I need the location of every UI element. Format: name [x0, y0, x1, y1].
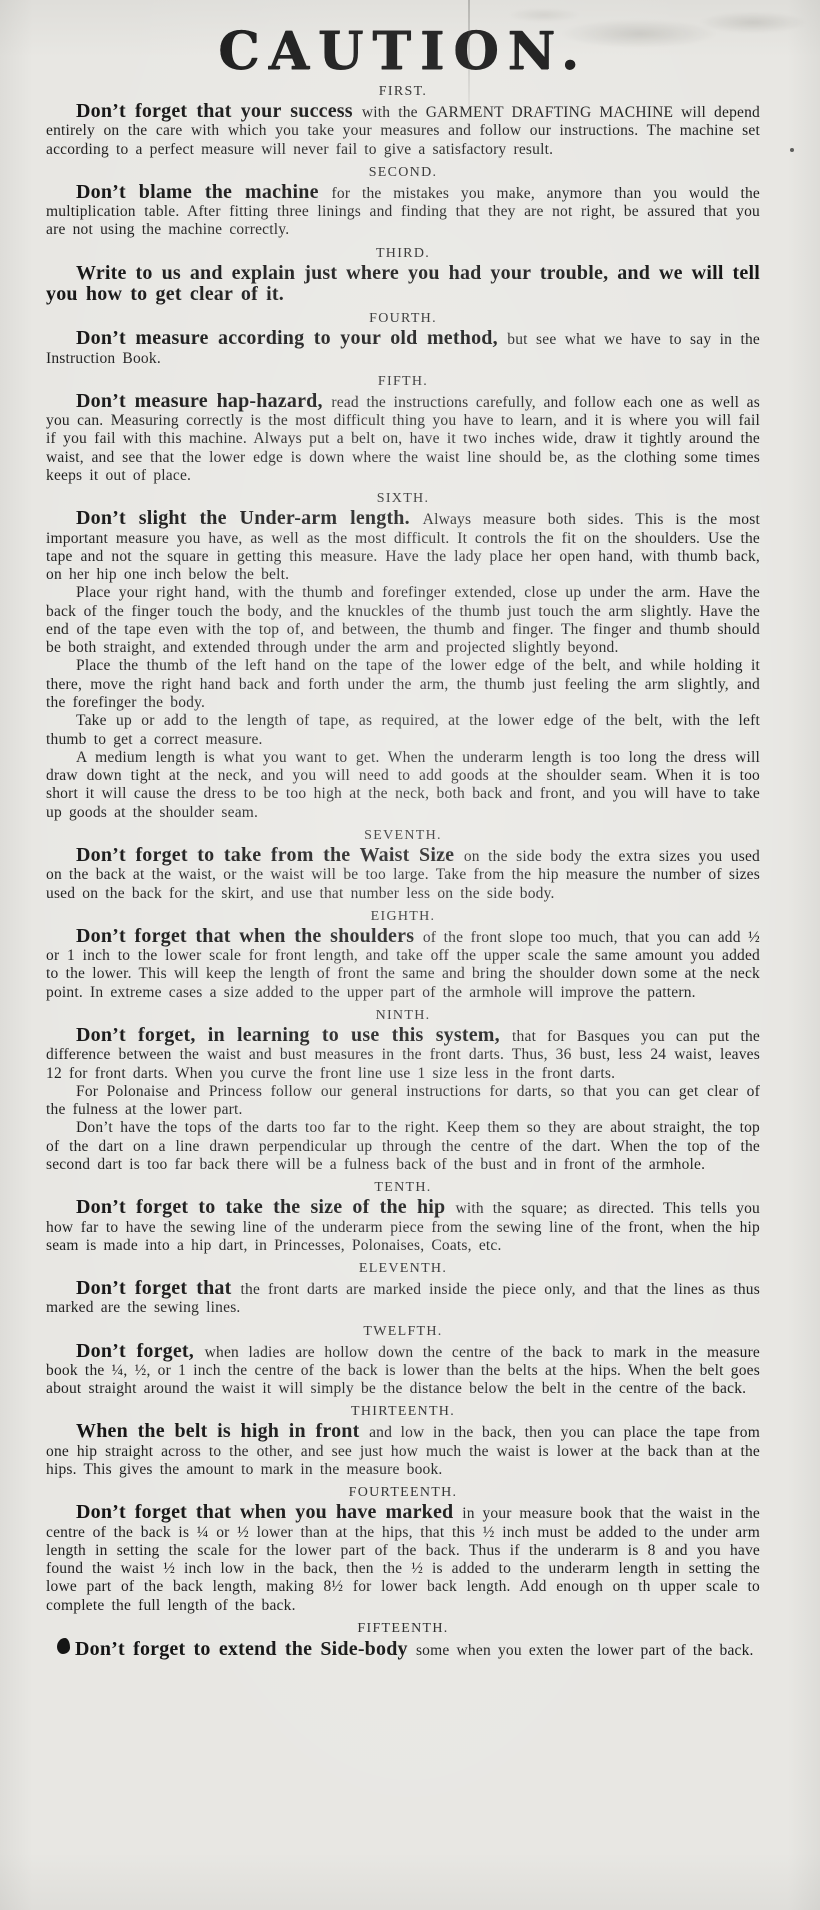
caution-section: THIRTEENTH.When the belt is high in fron… — [46, 1404, 760, 1479]
paragraph: Don’t forget, in learning to use this sy… — [46, 1025, 760, 1083]
paragraph-lead: Don’t slight the Under-arm length. — [76, 507, 423, 529]
paragraph-body: A medium length is what you want to get.… — [46, 749, 760, 821]
section-heading: SECOND. — [46, 165, 760, 181]
paragraph: Don’t slight the Under-arm length. Alway… — [46, 508, 760, 584]
paragraph: For Polonaise and Princess follow our ge… — [46, 1083, 760, 1120]
page-title: CAUTION. — [46, 26, 760, 78]
paragraph: Take up or add to the length of tape, as… — [46, 712, 760, 749]
paragraph-lead: Don’t forget to take the size of the hip — [76, 1196, 455, 1218]
caution-section: TENTH.Don’t forget to take the size of t… — [46, 1180, 760, 1255]
paragraph-lead: Don’t forget that when you have marked — [76, 1501, 462, 1523]
paragraph-body: Take up or add to the length of tape, as… — [46, 712, 760, 747]
caution-section: FOURTH.Don’t measure according to your o… — [46, 311, 760, 368]
section-heading: FOURTH. — [46, 311, 760, 327]
section-heading: ELEVENTH. — [46, 1261, 760, 1277]
ink-speck-artifact — [790, 148, 794, 152]
caution-section: EIGHTH.Don’t forget that when the should… — [46, 909, 760, 1002]
paragraph: Don’t measure according to your old meth… — [46, 328, 760, 368]
paragraph: Don’t blame the machine for the mistakes… — [46, 182, 760, 240]
paragraph: Don’t forget that when you have marked i… — [46, 1502, 760, 1615]
paragraph-body: Place the thumb of the left hand on the … — [46, 657, 760, 711]
paragraph: Don’t forget to take the size of the hip… — [46, 1197, 760, 1255]
section-heading: SEVENTH. — [46, 828, 760, 844]
paragraph-lead: Don’t forget to extend the Side-body — [75, 1638, 416, 1660]
section-heading: SIXTH. — [46, 491, 760, 507]
paragraph: Don’t forget to extend the Side-body som… — [46, 1638, 760, 1660]
section-heading: EIGHTH. — [46, 909, 760, 925]
paragraph: Don’t have the tops of the darts too far… — [46, 1119, 760, 1174]
section-heading: TENTH. — [46, 1180, 760, 1196]
paragraph-body: For Polonaise and Princess follow our ge… — [46, 1083, 760, 1118]
caution-section: FIFTH.Don’t measure hap-hazard, read the… — [46, 374, 760, 485]
paragraph: Place the thumb of the left hand on the … — [46, 657, 760, 712]
caution-section: FOURTEENTH.Don’t forget that when you ha… — [46, 1485, 760, 1615]
paragraph: Don’t measure hap-hazard, read the instr… — [46, 391, 760, 485]
paragraph-lead: Write to us and explain just where you h… — [46, 262, 760, 305]
paragraph: Don’t forget to take from the Waist Size… — [46, 845, 760, 903]
paragraph: Don’t forget that the front darts are ma… — [46, 1278, 760, 1318]
paragraph: Don’t forget, when ladies are hollow dow… — [46, 1341, 760, 1399]
caution-section: SIXTH.Don’t slight the Under-arm length.… — [46, 491, 760, 822]
paragraph-lead: When the belt is high in front — [76, 1420, 369, 1442]
paragraph-lead: Don’t forget to take from the Waist Size — [76, 844, 464, 866]
section-heading: FIFTH. — [46, 374, 760, 390]
paragraph: Don’t forget that when the shoulders of … — [46, 926, 760, 1002]
paragraph: A medium length is what you want to get.… — [46, 749, 760, 822]
caution-section: FIFTEENTH.Don’t forget to extend the Sid… — [46, 1621, 760, 1660]
paragraph: Place your right hand, with the thumb an… — [46, 584, 760, 657]
paragraph: Don’t forget that your success with the … — [46, 101, 760, 159]
paragraph-lead: Don’t forget that when the shoulders — [76, 925, 423, 947]
paragraph-lead: Don’t forget that your success — [76, 100, 362, 122]
section-heading: TWELFTH. — [46, 1324, 760, 1340]
paragraph-lead: Don’t forget, — [76, 1340, 205, 1362]
section-heading: FOURTEENTH. — [46, 1485, 760, 1501]
paragraph-body: Place your right hand, with the thumb an… — [46, 584, 760, 656]
caution-section: TWELFTH.Don’t forget, when ladies are ho… — [46, 1324, 760, 1399]
caution-section: ELEVENTH.Don’t forget that the front dar… — [46, 1261, 760, 1318]
paragraph-lead: Don’t forget that — [76, 1277, 241, 1299]
caution-section: SECOND.Don’t blame the machine for the m… — [46, 165, 760, 240]
caution-section: NINTH.Don’t forget, in learning to use t… — [46, 1008, 760, 1174]
paragraph-body: some when you exten the lower part of th… — [416, 1642, 754, 1659]
section-heading: FIFTEENTH. — [46, 1621, 760, 1637]
caution-section: SEVENTH.Don’t forget to take from the Wa… — [46, 828, 760, 903]
paragraph-lead: Don’t measure according to your old meth… — [76, 327, 507, 349]
caution-section: THIRD.Write to us and explain just where… — [46, 246, 760, 306]
sections-container: FIRST.Don’t forget that your success wit… — [46, 84, 760, 1660]
paragraph: When the belt is high in front and low i… — [46, 1421, 760, 1479]
caution-section: FIRST.Don’t forget that your success wit… — [46, 84, 760, 159]
section-heading: THIRD. — [46, 246, 760, 262]
section-heading: THIRTEENTH. — [46, 1404, 760, 1420]
paragraph: Write to us and explain just where you h… — [46, 263, 760, 306]
paragraph-lead: Don’t blame the machine — [76, 181, 332, 203]
paragraph-lead: Don’t forget, in learning to use this sy… — [76, 1024, 512, 1046]
paragraph-body: Don’t have the tops of the darts too far… — [46, 1119, 760, 1173]
section-heading: FIRST. — [46, 84, 760, 100]
ink-blot-artifact — [57, 1638, 70, 1654]
paragraph-lead: Don’t measure hap-hazard, — [76, 390, 331, 412]
scanned-document-page: CAUTION. FIRST.Don’t forget that your su… — [0, 0, 820, 1700]
section-heading: NINTH. — [46, 1008, 760, 1024]
